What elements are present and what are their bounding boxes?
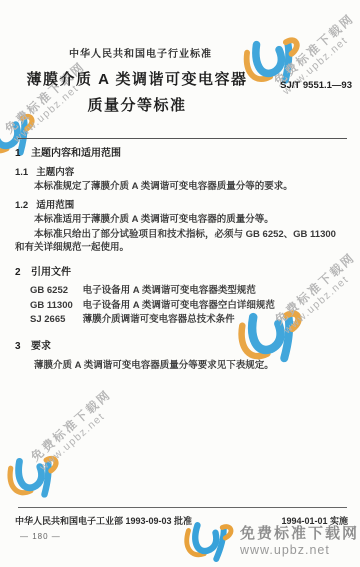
subsection-1-2-heading: 1.2适用范围 [15, 199, 348, 213]
section-1-number: 1 [15, 147, 31, 161]
section-3-title: 要求 [31, 341, 51, 352]
reference-title: 薄膜介质调谐可变电容器总技术条件 [83, 314, 235, 325]
reference-code: GB 6252 [30, 284, 80, 299]
document-title-line1: 薄膜介质 A 类调谐可变电容器 [12, 67, 262, 93]
section-3-heading: 3要求 [15, 340, 348, 354]
standard-authority-line: 中华人民共和国电子行业标准 [28, 45, 253, 60]
paragraph: 本标准规定了薄膜介质 A 类调谐可变电容器质量分等的要求。 [15, 180, 348, 194]
implementation-date: 1994-01-01 实施 [281, 514, 348, 527]
section-2-number: 2 [15, 266, 31, 280]
subsection-1-1-title: 主题内容 [36, 167, 74, 178]
section-1-heading: 1主题内容和适用范围 [15, 147, 348, 161]
subsection-1-2-title: 适用范围 [36, 200, 74, 211]
reference-title: 电子设备用 A 类调谐可变电容器类型规范 [83, 285, 256, 296]
subsection-1-1-heading: 1.1主题内容 [15, 166, 348, 180]
paragraph: 本标准适用于薄膜介质 A 类调谐可变电容器的质量分等。 [15, 213, 348, 227]
section-1-title: 主题内容和适用范围 [31, 148, 121, 159]
reference-item: GB 11300 电子设备用 A 类调谐可变电容器空白详细规范 [30, 299, 348, 314]
reference-code: GB 11300 [30, 299, 80, 314]
reference-list: GB 6252 电子设备用 A 类调谐可变电容器类型规范 GB 11300 电子… [30, 284, 348, 328]
watermark-site-name: 免费标准下载网 [240, 525, 359, 543]
standard-number: SJ/T 9551.1—93 [280, 80, 352, 91]
paragraph: 薄膜介质 A 类调谐可变电容器质量分等要求见下表规定。 [15, 359, 348, 373]
watermark-site-url: www.upbz.net [240, 543, 359, 557]
footer-divider [18, 507, 347, 508]
section-2-title: 引用文件 [31, 267, 71, 278]
section-3-number: 3 [15, 340, 31, 354]
reference-item: SJ 2665 薄膜介质调谐可变电容器总技术条件 [30, 313, 348, 328]
watermark-diagonal: 免费标准下载网 www.upbz.net [29, 388, 123, 474]
page-number: — 180 — [20, 532, 61, 541]
subsection-1-2-number: 1.2 [15, 199, 28, 213]
reference-code: SJ 2665 [30, 313, 80, 328]
section-2-heading: 2引用文件 [15, 266, 348, 280]
document-title: 薄膜介质 A 类调谐可变电容器 质量分等标准 [12, 67, 262, 119]
paragraph: 本标准只给出了部分试验项目和技术指标，必须与 GB 6252、GB 11300 … [15, 228, 348, 255]
scanned-standard-page: 免费标准下载网 www.upbz.net 免费标准下载网 www.upbz.ne… [0, 0, 360, 567]
watermark-site-name: 免费标准下载网 [29, 388, 114, 464]
reference-title: 电子设备用 A 类调谐可变电容器空白详细规范 [83, 300, 275, 311]
reference-item: GB 6252 电子设备用 A 类调谐可变电容器类型规范 [30, 284, 348, 299]
header-divider [18, 138, 347, 139]
document-body: 1主题内容和适用范围 1.1主题内容 本标准规定了薄膜介质 A 类调谐可变电容器… [15, 147, 348, 373]
subsection-1-1-number: 1.1 [15, 166, 28, 180]
document-title-line2: 质量分等标准 [12, 93, 262, 119]
approval-line: 中华人民共和国电子工业部 1993-09-03 批准 [15, 514, 192, 527]
